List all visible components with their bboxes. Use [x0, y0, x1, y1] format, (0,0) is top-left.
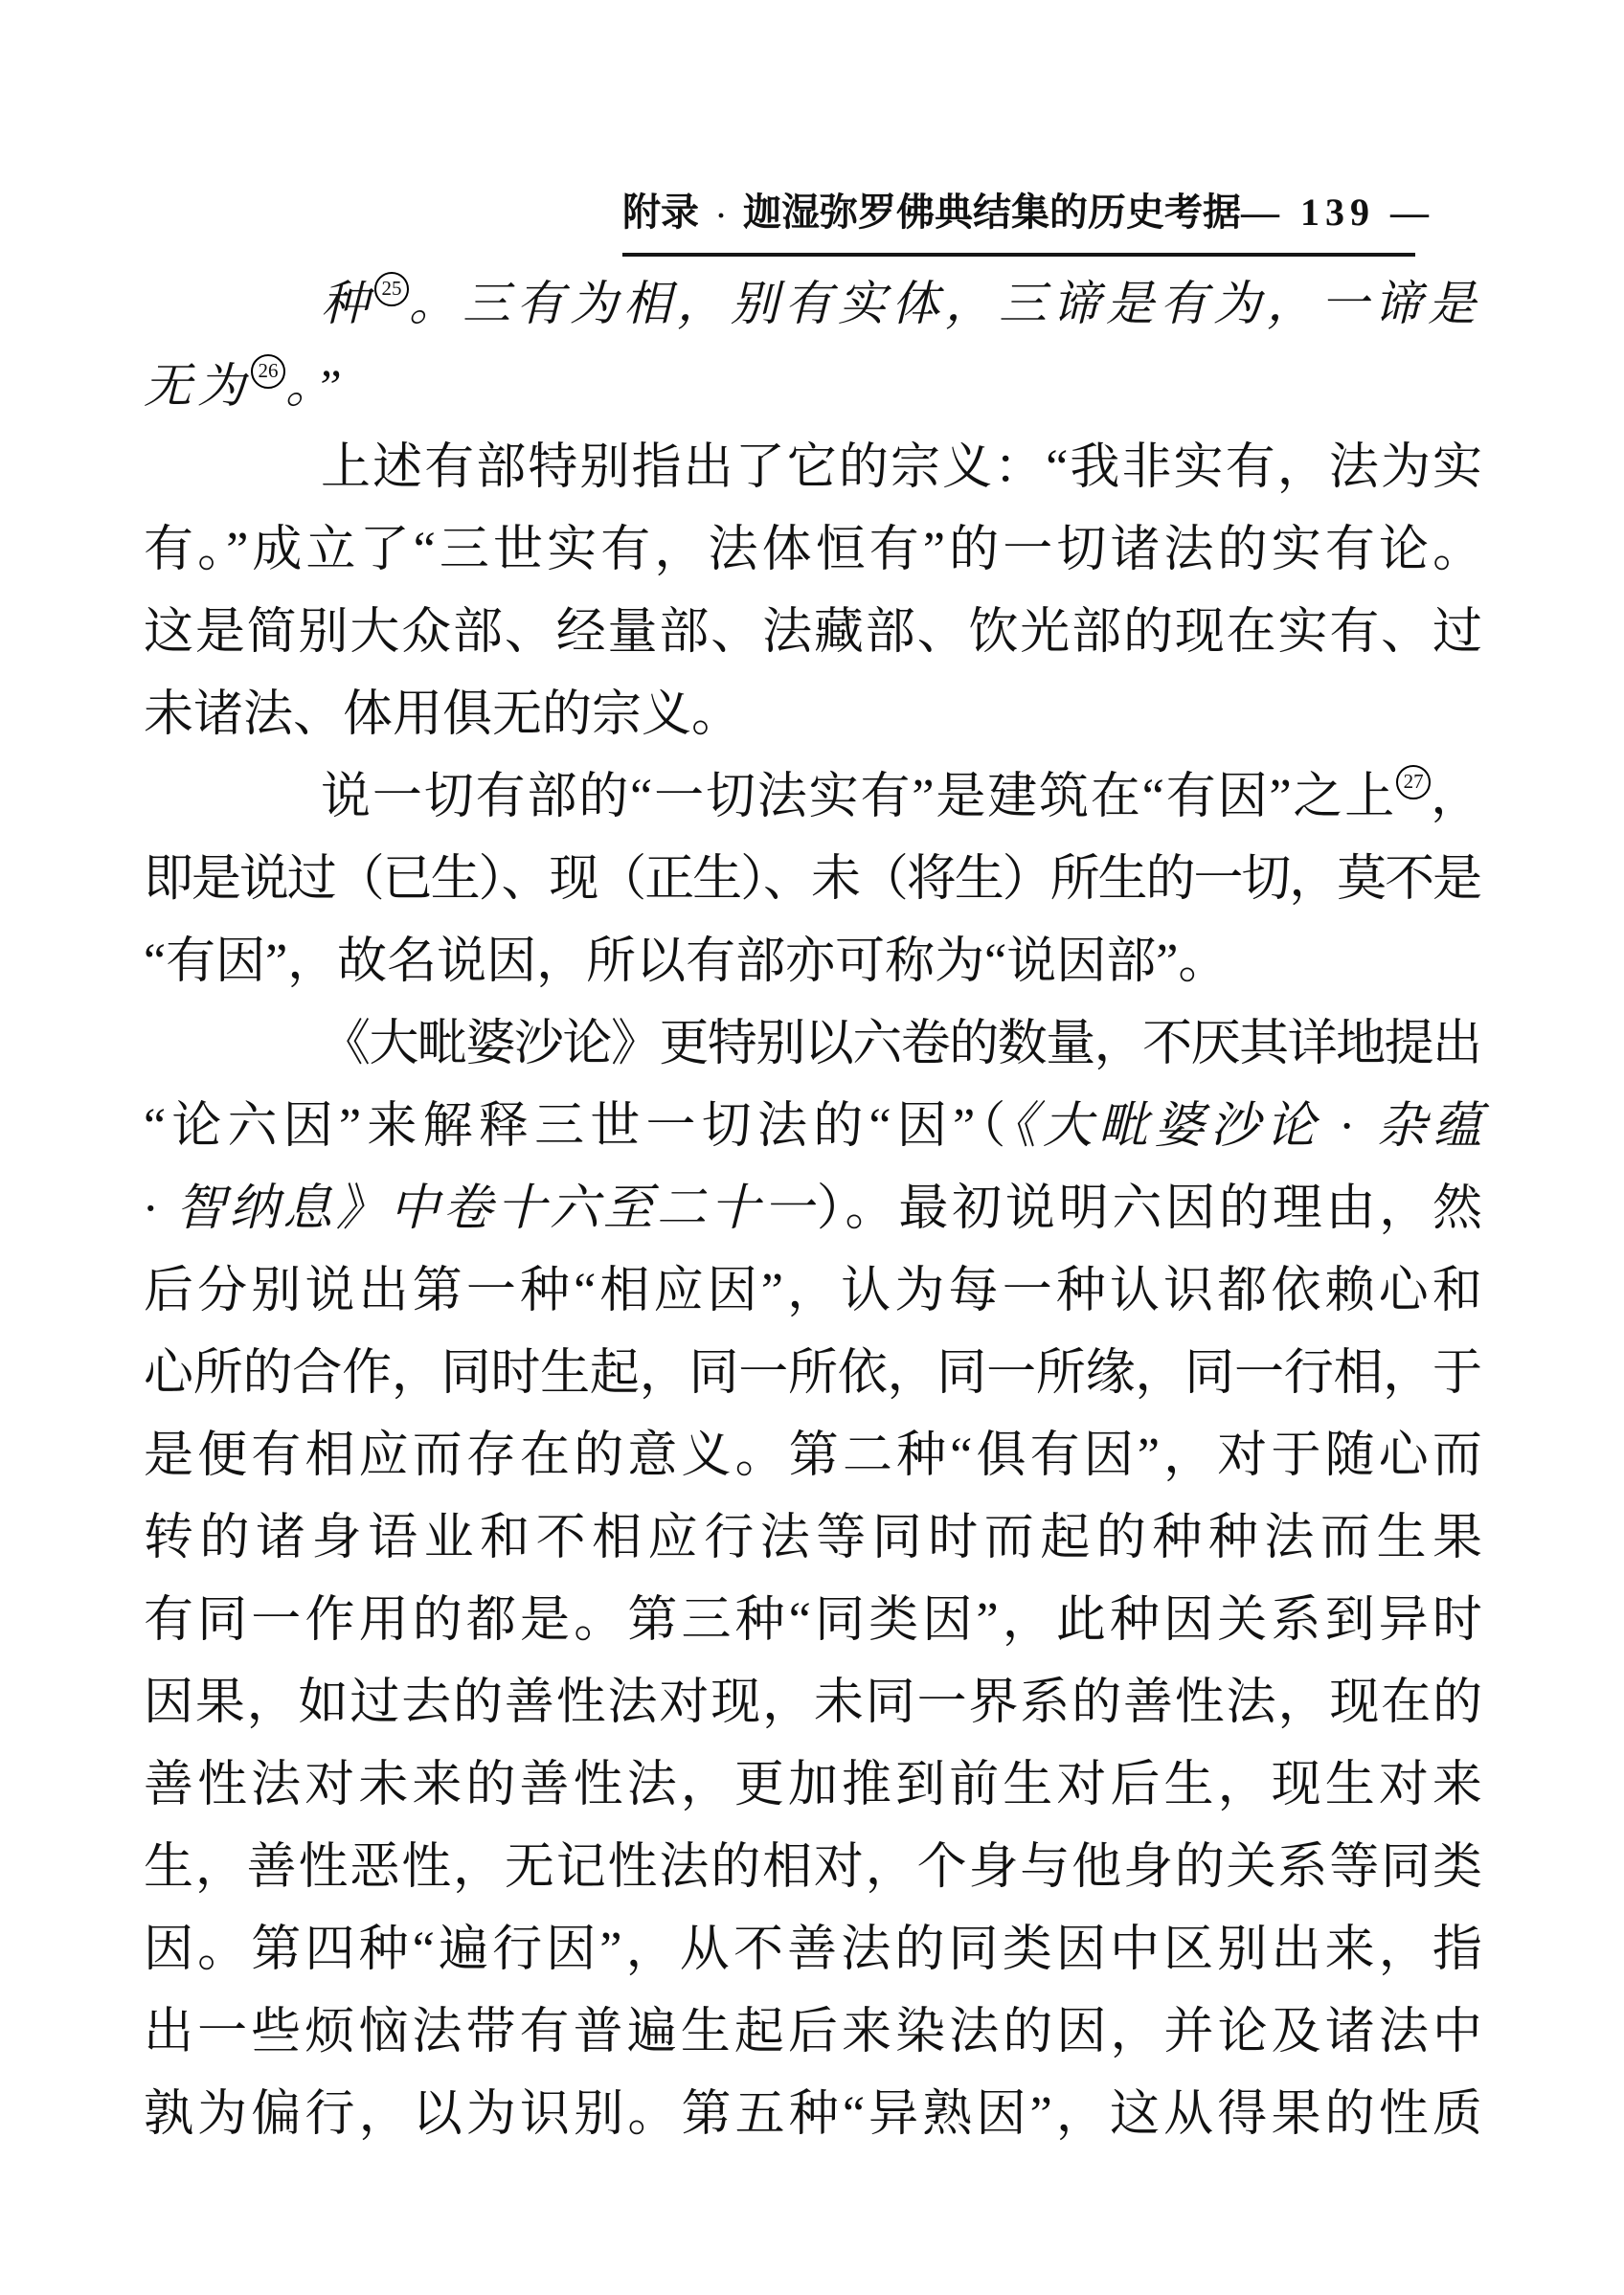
book-page: 附录 · 迦湿弥罗佛典结集的历史考据 — 139 — 种25。三有为相，别有实体… [0, 0, 1624, 2295]
text-span: 因。第四种“遍行因”，从不善法的同类因中区别出来，指 [144, 1923, 1486, 1977]
page-number: — 139 — [1241, 188, 1434, 237]
text-span: 孰为偏行，以为识别。第五种“异熟因”，这从得果的性质 [144, 2087, 1486, 2142]
text-span: 无为 [144, 359, 251, 413]
book-title-span: 《大毗婆沙论 · 杂蕴 [1012, 1099, 1489, 1154]
text-span: 出一些烦恼法带有普遍生起后来染法的因，并论及诸法中 [144, 2005, 1486, 2059]
text-span: 《大毗婆沙论》更特别以六卷的数量，不厌其详地提出 [321, 1017, 1481, 1071]
text-span: 。三有为相，别有实体，三谛是有为，一谛是 [409, 277, 1481, 330]
quote-line: 种25。三有为相，别有实体，三谛是有为，一谛是 [144, 262, 1482, 345]
quote-line: 无为26。” [144, 345, 1482, 427]
separator-dot: · [716, 191, 726, 241]
section-label: 附录 [622, 188, 699, 237]
text-span: 心所的合作，同时生起，同一所依，同一所缘，同一行相，于 [144, 1346, 1482, 1401]
text-line: 孰为偏行，以为识别。第五种“异熟因”，这从得果的性质 [144, 2074, 1482, 2156]
text-line: 转的诸身语业和不相应行法等同时而起的种种法而生果 [144, 1497, 1482, 1580]
text-span: 种 [321, 277, 374, 330]
text-span: ， [1431, 770, 1482, 824]
text-span: 未诸法、体用俱无的宗义。 [144, 687, 741, 742]
text-line: 说一切有部的“一切法实有”是建筑在“有因”之上27， [144, 756, 1482, 839]
text-span: 这是简别大众部、经量部、法藏部、饮光部的现在实有、过 [144, 605, 1484, 660]
footnote-ref: 25 [374, 272, 409, 306]
text-line: 生，善性恶性，无记性法的相对，个身与他身的关系等同类 [144, 1827, 1482, 1909]
book-title-span: · 智纳息》中卷十六至二十一 [144, 1181, 817, 1236]
text-line: · 智纳息》中卷十六至二十一）。最初说明六因的理由，然 [144, 1168, 1482, 1250]
chapter-title: 迦湿弥罗佛典结集的历史考据 [743, 188, 1241, 237]
text-line: 是便有相应而存在的意义。第二种“俱有因”，对于随心而 [144, 1415, 1482, 1497]
text-span: 是便有相应而存在的意义。第二种“俱有因”，对于随心而 [144, 1429, 1486, 1483]
text-line: 未诸法、体用俱无的宗义。 [144, 674, 1482, 756]
text-span: 说一切有部的“一切法实有”是建筑在“有因”之上 [321, 770, 1396, 824]
text-line: 即是说过（已生）、现（正生）、未（将生）所生的一切，莫不是 [144, 839, 1482, 921]
text-line: 有同一作用的都是。第三种“同类因”，此种因关系到异时 [144, 1580, 1482, 1662]
text-span: “论六因”来解释三世一切法的“因”（ [144, 1099, 1012, 1154]
text-line: 上述有部特别指出了它的宗义：“我非实有，法为实 [144, 427, 1482, 509]
text-line: 这是简别大众部、经量部、法藏部、饮光部的现在实有、过 [144, 592, 1482, 674]
page-header: 附录 · 迦湿弥罗佛典结集的历史考据 — 139 — [622, 188, 1415, 257]
text-span: 有。”成立了“三世实有，法体恒有”的一切诸法的实有论。 [144, 523, 1486, 577]
text-line: 善性法对未来的善性法，更加推到前生对后生，现生对来 [144, 1744, 1482, 1827]
text-span: 即是说过（已生）、现（正生）、未（将生）所生的一切，莫不是 [144, 852, 1480, 907]
text-span: 转的诸身语业和不相应行法等同时而起的种种法而生果 [144, 1511, 1488, 1565]
text-body: 种25。三有为相，别有实体，三谛是有为，一谛是无为26。”上述有部特别指出了它的… [144, 262, 1482, 2156]
text-line: “论六因”来解释三世一切法的“因”（《大毗婆沙论 · 杂蕴 [144, 1086, 1482, 1168]
text-line: 因果，如过去的善性法对现，未同一界系的善性法，现在的 [144, 1662, 1482, 1744]
text-line: 后分别说出第一种“相应因”，认为每一种认识都依赖心和 [144, 1250, 1482, 1333]
text-line: 出一些烦恼法带有普遍生起后来染法的因，并论及诸法中 [144, 1991, 1482, 2074]
text-span: 上述有部特别指出了它的宗义：“我非实有，法为实 [321, 440, 1484, 495]
text-line: 有。”成立了“三世实有，法体恒有”的一切诸法的实有论。 [144, 509, 1482, 592]
text-span: ）。最初说明六因的理由，然 [817, 1181, 1486, 1236]
text-line: 心所的合作，同时生起，同一所依，同一所缘，同一行相，于 [144, 1333, 1482, 1415]
text-line: 《大毗婆沙论》更特别以六卷的数量，不厌其详地提出 [144, 1003, 1482, 1086]
text-line: 因。第四种“遍行因”，从不善法的同类因中区别出来，指 [144, 1909, 1482, 1991]
text-span: 有同一作用的都是。第三种“同类因”，此种因关系到异时 [144, 1593, 1486, 1648]
text-line: “有因”，故名说因，所以有部亦可称为“说因部”。 [144, 921, 1482, 1003]
footnote-ref: 26 [251, 354, 285, 389]
text-span: 。” [285, 359, 348, 413]
footnote-ref: 27 [1396, 765, 1431, 799]
text-span: “有因”，故名说因，所以有部亦可称为“说因部”。 [144, 934, 1228, 989]
text-span: 生，善性恶性，无记性法的相对，个身与他身的关系等同类 [144, 1840, 1484, 1895]
text-span: 后分别说出第一种“相应因”，认为每一种认识都依赖心和 [144, 1264, 1486, 1318]
running-head: 附录 · 迦湿弥罗佛典结集的历史考据 [622, 188, 1241, 241]
text-span: 善性法对未来的善性法，更加推到前生对后生，现生对来 [144, 1758, 1486, 1812]
text-span: 因果，如过去的善性法对现，未同一界系的善性法，现在的 [144, 1676, 1484, 1730]
